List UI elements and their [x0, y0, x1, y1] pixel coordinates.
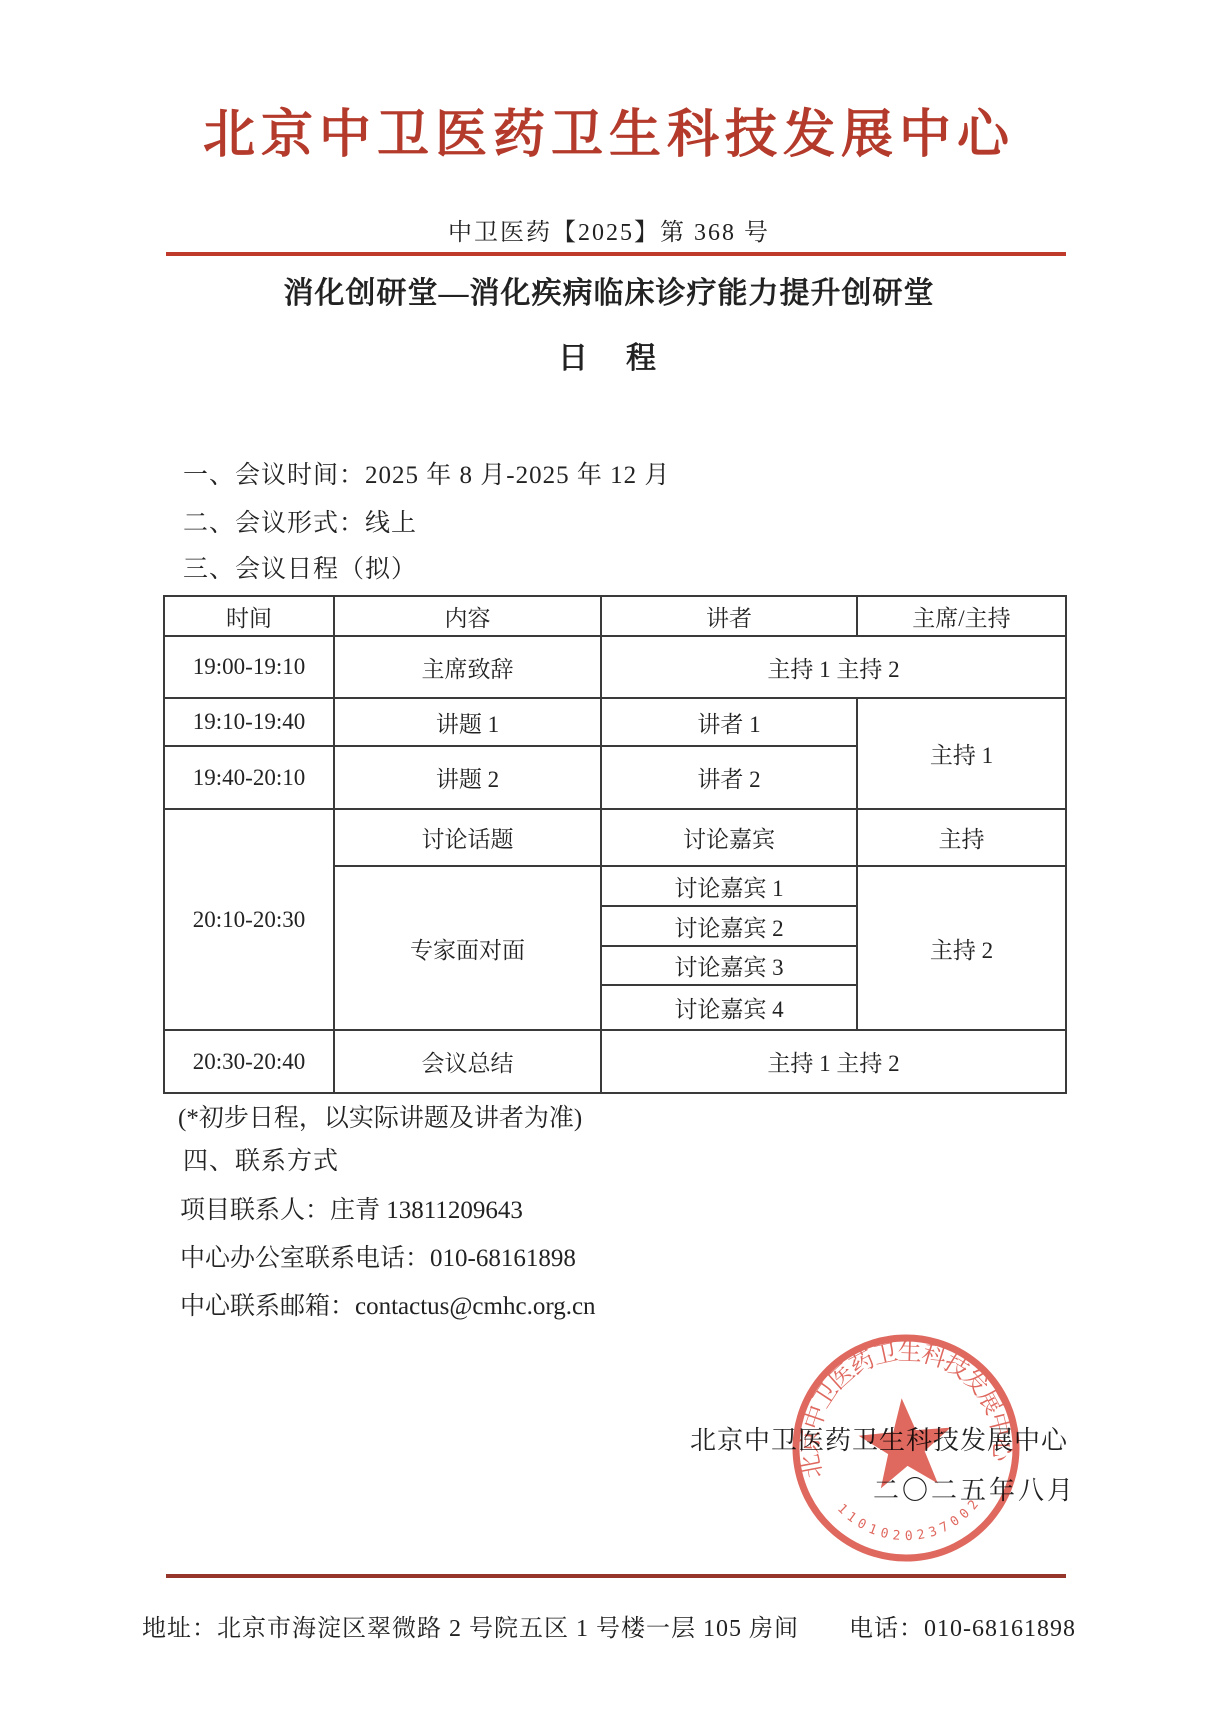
agenda-heading-line: 三、会议日程（拟）: [183, 549, 417, 585]
cell-speaker: 讲者 2: [601, 746, 857, 809]
table-header-row: 时间 内容 讲者 主席/主持: [164, 596, 1066, 636]
col-header-time: 时间: [164, 596, 334, 636]
cell-content: 专家面对面: [334, 866, 601, 1030]
col-header-content: 内容: [334, 596, 601, 636]
cell-hosts: 主持 1 主持 2: [601, 636, 1066, 698]
cell-speaker: 讨论嘉宾 1: [601, 866, 857, 906]
document-number: 中卫医药【2025】第 368 号: [0, 212, 1218, 247]
cell-speaker: 讨论嘉宾 4: [601, 985, 857, 1030]
contact-section-line: 四、联系方式: [183, 1141, 339, 1177]
cell-speaker: 讨论嘉宾: [601, 809, 857, 866]
cell-speaker: 讲者 1: [601, 698, 857, 746]
cell-host: 主持: [857, 809, 1066, 866]
cell-content: 讲题 1: [334, 698, 601, 746]
event-title: 消化创研堂—消化疾病临床诊疗能力提升创研堂: [0, 268, 1218, 312]
table-footnote: (*初步日程，以实际讲题及讲者为准): [178, 1098, 582, 1134]
stamp-ring-text: 北京中卫医药卫生科技发展中心: [787, 1329, 1017, 1481]
cell-speaker: 讨论嘉宾 3: [601, 946, 857, 985]
cell-content: 讲题 2: [334, 746, 601, 809]
meeting-time-line: 一、会议时间：2025 年 8 月-2025 年 12 月: [183, 455, 670, 491]
table-row: 19:00-19:10 主席致辞 主持 1 主持 2: [164, 636, 1066, 698]
document-page: 北京中卫医药卫生科技发展中心 中卫医药【2025】第 368 号 消化创研堂—消…: [0, 0, 1218, 1710]
table-row: 20:30-20:40 会议总结 主持 1 主持 2: [164, 1030, 1066, 1093]
signature-date: 二〇二五年八月: [680, 1470, 1076, 1507]
cell-time: 20:10-20:30: [164, 809, 334, 1030]
agenda-table: 时间 内容 讲者 主席/主持 19:00-19:10 主席致辞 主持 1 主持 …: [163, 595, 1067, 1094]
col-header-chair: 主席/主持: [857, 596, 1066, 636]
cell-content: 讨论话题: [334, 809, 601, 866]
signature-org-name: 北京中卫医药卫生科技发展中心: [680, 1420, 1068, 1457]
meeting-format-line: 二、会议形式：线上: [183, 503, 417, 539]
cell-hosts: 主持 1 主持 2: [601, 1030, 1066, 1093]
cell-time: 19:40-20:10: [164, 746, 334, 809]
footer-divider-rule: [166, 1574, 1066, 1578]
cell-time: 19:10-19:40: [164, 698, 334, 746]
cell-time: 20:30-20:40: [164, 1030, 334, 1093]
table-row: 20:10-20:30 讨论话题 讨论嘉宾 主持: [164, 809, 1066, 866]
contact-office-phone-line: 中心办公室联系电话：010-68161898: [180, 1238, 576, 1274]
title-divider-rule: [166, 252, 1066, 256]
cell-speaker: 讨论嘉宾 2: [601, 906, 857, 946]
footer-address-line: 地址：北京市海淀区翠微路 2 号院五区 1 号楼一层 105 房间 电话：010…: [0, 1608, 1218, 1643]
cell-content: 主席致辞: [334, 636, 601, 698]
cell-host: 主持 2: [857, 866, 1066, 1030]
col-header-speaker: 讲者: [601, 596, 857, 636]
table-row: 19:10-19:40 讲题 1 讲者 1 主持 1: [164, 698, 1066, 746]
org-title: 北京中卫医药卫生科技发展中心: [0, 92, 1218, 167]
contact-person-line: 项目联系人：庄青 13811209643: [180, 1190, 523, 1226]
cell-host: 主持 1: [857, 698, 1066, 809]
contact-email-line: 中心联系邮箱：contactus@cmhc.org.cn: [180, 1286, 596, 1322]
cell-time: 19:00-19:10: [164, 636, 334, 698]
schedule-heading: 日 程: [0, 333, 1218, 377]
cell-content: 会议总结: [334, 1030, 601, 1093]
